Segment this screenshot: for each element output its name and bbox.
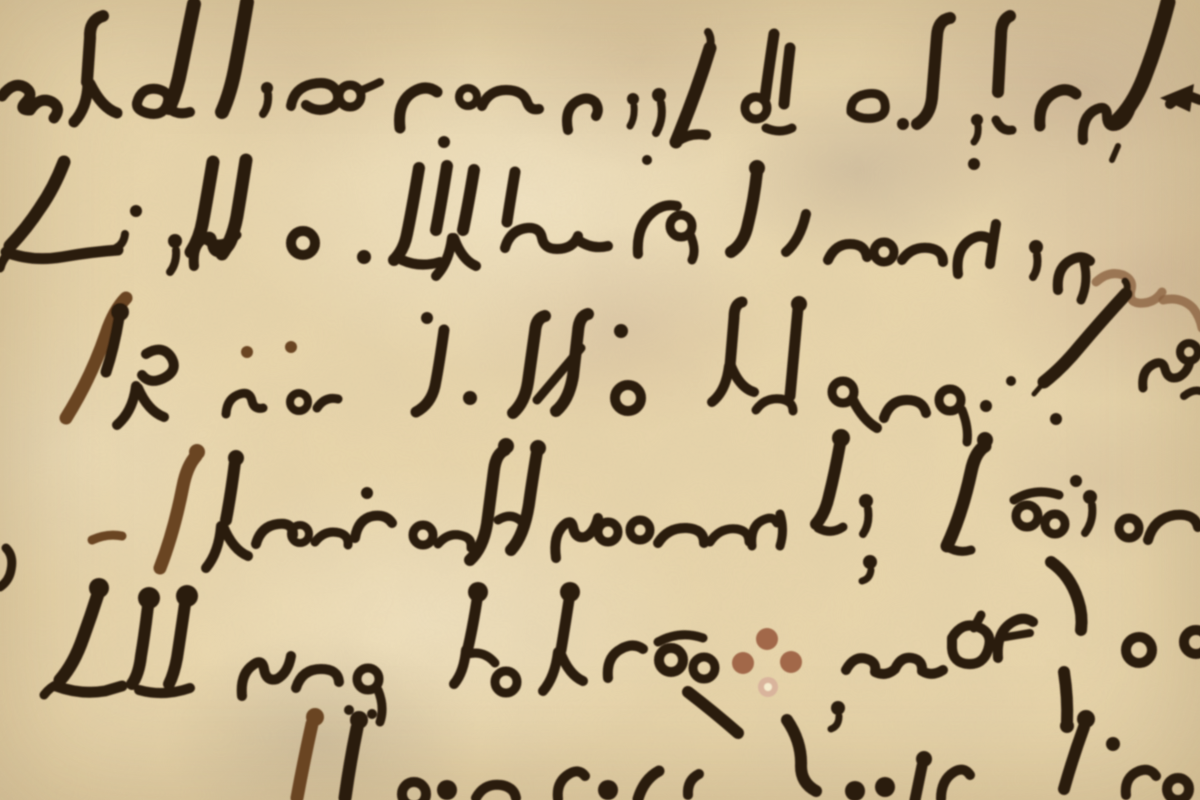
script-line-5: [44, 562, 1200, 733]
handwriting-layer: [0, 0, 1200, 800]
rosette-mark: [732, 628, 802, 697]
script-line-6: [297, 708, 1189, 800]
script-line-4: [0, 429, 1198, 587]
script-line-1: [2, 2, 1200, 170]
manuscript-photo: Close-up photograph of six lines of curs…: [0, 0, 1200, 800]
script-line-2: [0, 160, 1200, 328]
script-line-3: [66, 281, 1200, 442]
